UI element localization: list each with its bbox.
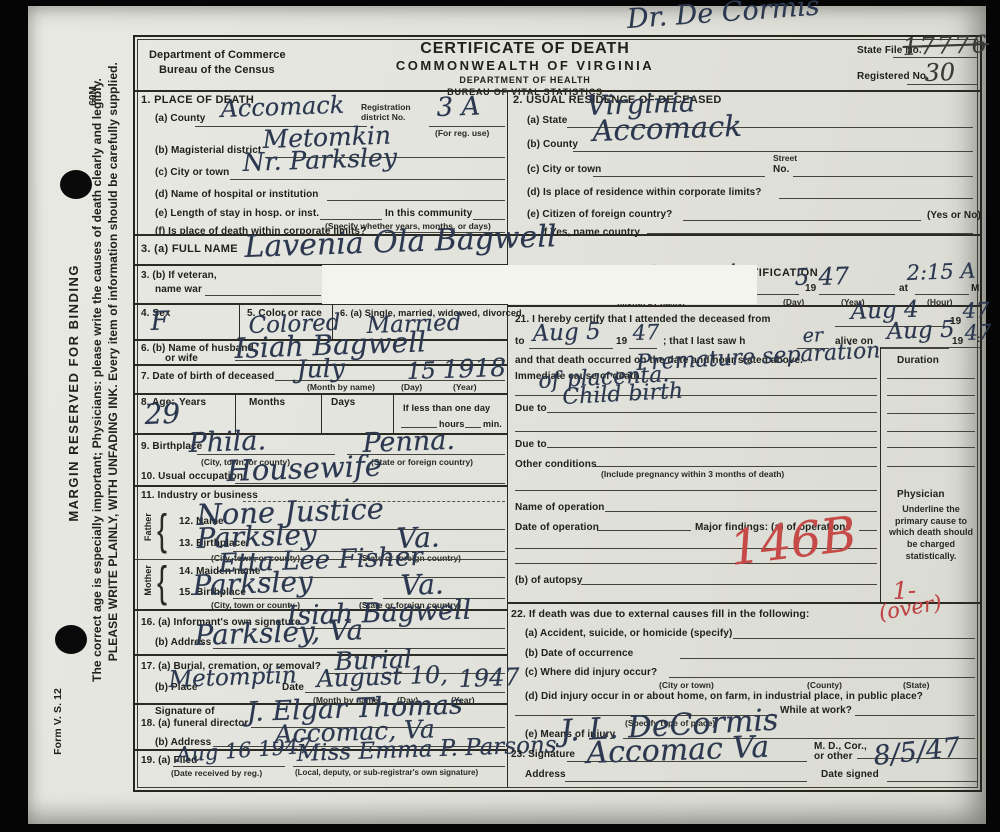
s23-date-line xyxy=(887,781,977,782)
s1-community-label: In this community xyxy=(385,208,472,219)
s7-label: 7. Date of birth of deceased xyxy=(141,371,274,382)
s1-district-value: 3 A xyxy=(436,93,480,121)
med-to-value: Aug 5 xyxy=(532,321,601,346)
s8-days-label: Days xyxy=(331,397,355,408)
s22-work-line xyxy=(855,715,975,716)
med-to-year-line xyxy=(629,348,657,349)
med-to-label: to xyxy=(515,336,525,347)
s16-address-value: Parksley, Va xyxy=(194,616,364,650)
s8-years-label: Years xyxy=(179,397,206,408)
s22-c-label: (c) Where did injury occur? xyxy=(525,667,657,678)
s17-date-value: August 10, xyxy=(316,662,448,691)
s10-value: Housewife xyxy=(226,452,382,486)
s2-citizen-line xyxy=(683,220,921,221)
med-y19c: 19 xyxy=(616,336,627,347)
due2-line xyxy=(547,447,877,448)
s2-street-label: Street xyxy=(773,153,797,163)
s8-less-label: If less than one day xyxy=(403,403,490,413)
s23-address-value: Accomac Va xyxy=(586,733,770,769)
s1-community-line xyxy=(473,219,505,220)
s18-label1: Signature of xyxy=(155,706,215,717)
med-m-label: M xyxy=(971,283,979,294)
s7-day-note: (Day) xyxy=(401,382,422,392)
header-dept-line2: Bureau of the Census xyxy=(159,64,275,76)
s19-registrar-line xyxy=(293,766,505,767)
s3-name-value: Lavenia Ola Bagwell xyxy=(244,222,557,263)
s1-county-value: Accomack xyxy=(220,93,344,121)
mother-group-label: Mother xyxy=(143,565,153,596)
s7-day-value: 15 xyxy=(406,360,436,384)
duration-line-6 xyxy=(887,466,975,467)
s22-b-label: (b) Date of occurrence xyxy=(525,648,633,659)
s22-city-note: (City or town) xyxy=(659,680,714,690)
findings-line xyxy=(859,530,877,531)
s3-veteran-label2: name war xyxy=(155,284,202,295)
header-bottom-rule xyxy=(135,90,980,92)
s1-city-label: (c) City or town xyxy=(155,167,229,178)
s6-spouse-label2: or wife xyxy=(165,353,198,364)
s22-c-line xyxy=(669,677,975,678)
duration-line-3 xyxy=(887,413,975,414)
s19-registrar-note: (Local, deputy, or sub-registrar's own s… xyxy=(295,768,478,777)
s14-city-value: Parksley xyxy=(192,568,313,600)
redaction-patch xyxy=(322,265,757,304)
s22-a-line xyxy=(733,638,975,639)
s22-title: 22. If death was due to external causes … xyxy=(511,608,810,620)
med-year-value: 47 xyxy=(818,264,849,289)
commonwealth-subtitle: COMMONWEALTH OF VIRGINIA xyxy=(335,58,715,73)
s2-citizen-note: (Yes or No) xyxy=(927,210,981,221)
s18-label2: 18. (a) funeral director xyxy=(141,718,248,729)
s1-district-label: Registration district No. xyxy=(361,103,431,123)
s1-stay-label: (e) Length of stay in hosp. or inst. xyxy=(155,208,319,219)
registered-label: Registered No. xyxy=(857,71,929,82)
father-brace: { xyxy=(157,507,167,556)
s1-hospital-line xyxy=(327,200,505,201)
father-group-label: Father xyxy=(143,513,153,541)
med-other-label: Other conditions xyxy=(515,459,597,470)
s2-state-label: (a) State xyxy=(527,115,567,126)
state-file-value: 17776 xyxy=(902,32,989,59)
punch-hole-top xyxy=(60,170,92,199)
duration-label: Duration xyxy=(897,355,939,366)
dept-health-line: DEPARTMENT OF HEALTH xyxy=(335,75,715,85)
physician-label: Physician xyxy=(897,489,945,500)
s19-date-line xyxy=(173,766,285,767)
s1-county-label: (a) County xyxy=(155,113,205,124)
s9-state-note: (State or foreign country) xyxy=(371,457,473,467)
med-to-line xyxy=(529,348,613,349)
s2-corporate-line xyxy=(779,198,973,199)
s23-address-line xyxy=(565,781,807,782)
doctor-annotation: Dr. De Cormis xyxy=(626,0,820,33)
row16-bottom-rule xyxy=(135,654,507,656)
age-col-divider2 xyxy=(321,393,322,433)
med-year-prefix: 19 xyxy=(805,283,816,294)
med-due1-value: Child birth xyxy=(562,381,684,409)
med-to-year: 47 xyxy=(632,322,659,344)
s2-no-label: No. xyxy=(773,164,789,175)
s17-date-label: Date xyxy=(282,682,304,693)
s3-veteran-line xyxy=(205,295,321,296)
s8-months-label: Months xyxy=(249,397,285,408)
ops-top-rule xyxy=(515,490,877,491)
s8-min-line xyxy=(465,427,481,428)
s17-year-value: 1947 xyxy=(458,665,520,691)
s7-month-note: (Month by name) xyxy=(307,382,375,392)
certificate-title: CERTIFICATE OF DEATH xyxy=(335,40,715,58)
duration-line-5 xyxy=(887,447,975,448)
physician-note: Underline the primary cause to which dea… xyxy=(885,504,977,562)
mother-brace: { xyxy=(157,559,167,608)
certificate-paper: 60M MARGIN RESERVED FOR BINDING PLEASE W… xyxy=(28,6,986,824)
med-alive-value: Aug 5 xyxy=(886,319,955,344)
binding-notice: MARGIN RESERVED FOR BINDING xyxy=(66,264,81,522)
s2-county-value: Accomack xyxy=(592,112,742,146)
s22-d-label: (d) Did injury occur in or about home, o… xyxy=(525,691,923,702)
s23-label: 23. Signature xyxy=(511,749,575,760)
s2-corporate-label: (d) Is place of residence within corpora… xyxy=(527,187,762,198)
duration-top-rule xyxy=(880,347,980,348)
s3-veteran-label1: 3. (b) If veteran, xyxy=(141,270,217,281)
med-hour-line xyxy=(915,294,969,295)
s7-year-value: 1918 xyxy=(442,355,506,382)
med-colon: : xyxy=(977,334,980,345)
s22-work-label: While at work? xyxy=(780,705,852,716)
med-other-note: (Include pregnancy within 3 months of de… xyxy=(601,469,784,479)
s1-stay-line xyxy=(320,219,382,220)
s23-md-label2: or other xyxy=(814,751,853,762)
registered-value: 30 xyxy=(924,60,955,85)
s23-address-label: Address xyxy=(525,769,566,780)
s2-no-line xyxy=(793,176,973,177)
over-note: (over) xyxy=(877,592,943,624)
duration-line-4 xyxy=(887,431,975,432)
s22-state-note: (State) xyxy=(903,680,929,690)
s2-city-line xyxy=(593,176,765,177)
blank-line-1 xyxy=(515,431,877,432)
s17-place-value: Metomptin xyxy=(168,665,297,692)
margin-instruction-1: PLEASE WRITE PLAINLY, WITH UNFADING INK.… xyxy=(106,62,120,661)
s19-date-note: (Date received by reg.) xyxy=(171,768,262,778)
med-hour-value: 2:15 A xyxy=(906,261,976,284)
s22-county-note: (County) xyxy=(807,680,842,690)
s4-value: F xyxy=(150,308,169,335)
s8-min-label: min. xyxy=(483,419,502,429)
med-due1-label: Due to xyxy=(515,403,547,414)
s7-month-value: July xyxy=(296,355,345,382)
duration-line-1 xyxy=(887,378,975,379)
s1-city-value: Nr. Parksley xyxy=(242,145,397,175)
s23-date-value: 8/5/47 xyxy=(872,734,961,770)
certificate-form: Department of Commerce Bureau of the Cen… xyxy=(133,35,982,792)
s1-district-note: (For reg. use) xyxy=(435,128,489,138)
med-alive-line xyxy=(881,348,949,349)
med-operation-date-label: Date of operation xyxy=(515,522,599,533)
s1-hospital-label: (d) Name of hospital or institution xyxy=(155,189,319,200)
header-dept-line1: Department of Commerce xyxy=(149,49,286,61)
margin-instruction-2: The correct age is especially important;… xyxy=(90,78,104,682)
s2-county-line xyxy=(573,151,973,152)
med-year-line xyxy=(819,294,895,295)
s22-a-label: (a) Accident, suicide, or homicide (spec… xyxy=(525,628,732,639)
s1-city-line xyxy=(230,179,505,180)
s3-name-label: 3. (a) FULL NAME xyxy=(141,243,238,255)
autopsy-line xyxy=(581,584,877,585)
med-y19d: 19 xyxy=(952,336,963,347)
row10-bottom-rule xyxy=(135,485,507,487)
med-autopsy-label: (b) of autopsy xyxy=(515,575,583,586)
other-line xyxy=(595,466,877,467)
s2-city-label: (c) City or town xyxy=(527,164,601,175)
s22-b-line xyxy=(680,658,975,659)
med-due2-label: Due to xyxy=(515,439,547,450)
duration-line-2 xyxy=(887,395,975,396)
s23-date-label: Date signed xyxy=(821,769,879,780)
med-from-year: 47 xyxy=(962,300,989,322)
s1-district-line xyxy=(429,126,505,127)
due1-line xyxy=(547,412,877,413)
s2-county-label: (b) County xyxy=(527,139,578,150)
s8-years-value: 29 xyxy=(144,400,181,429)
s7-year-note: (Year) xyxy=(453,382,477,392)
med-operation-label: Name of operation xyxy=(515,502,605,513)
duration-divider xyxy=(880,347,881,602)
code-stamp: 146B xyxy=(727,510,859,573)
form-number: Form V. S. 12 xyxy=(52,688,64,755)
operation-date-line xyxy=(597,530,691,531)
punch-hole-bottom xyxy=(55,625,87,654)
